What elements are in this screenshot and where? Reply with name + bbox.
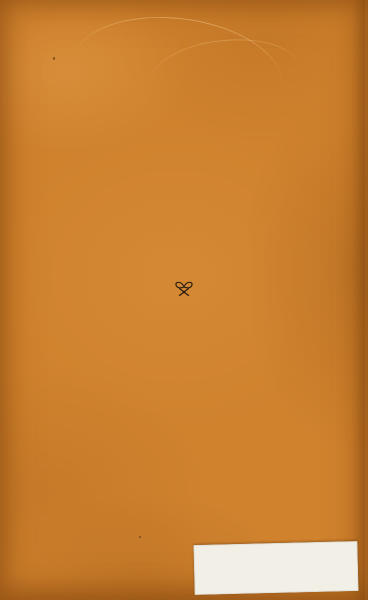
library-barcode-label (193, 541, 358, 595)
cover-speck (53, 57, 55, 60)
cover-scuff-mark (66, 6, 288, 142)
book-back-cover (0, 0, 368, 600)
cover-speck (139, 536, 141, 538)
cover-scuff-mark (147, 32, 304, 118)
printers-bow-ornament-icon (0, 279, 368, 303)
